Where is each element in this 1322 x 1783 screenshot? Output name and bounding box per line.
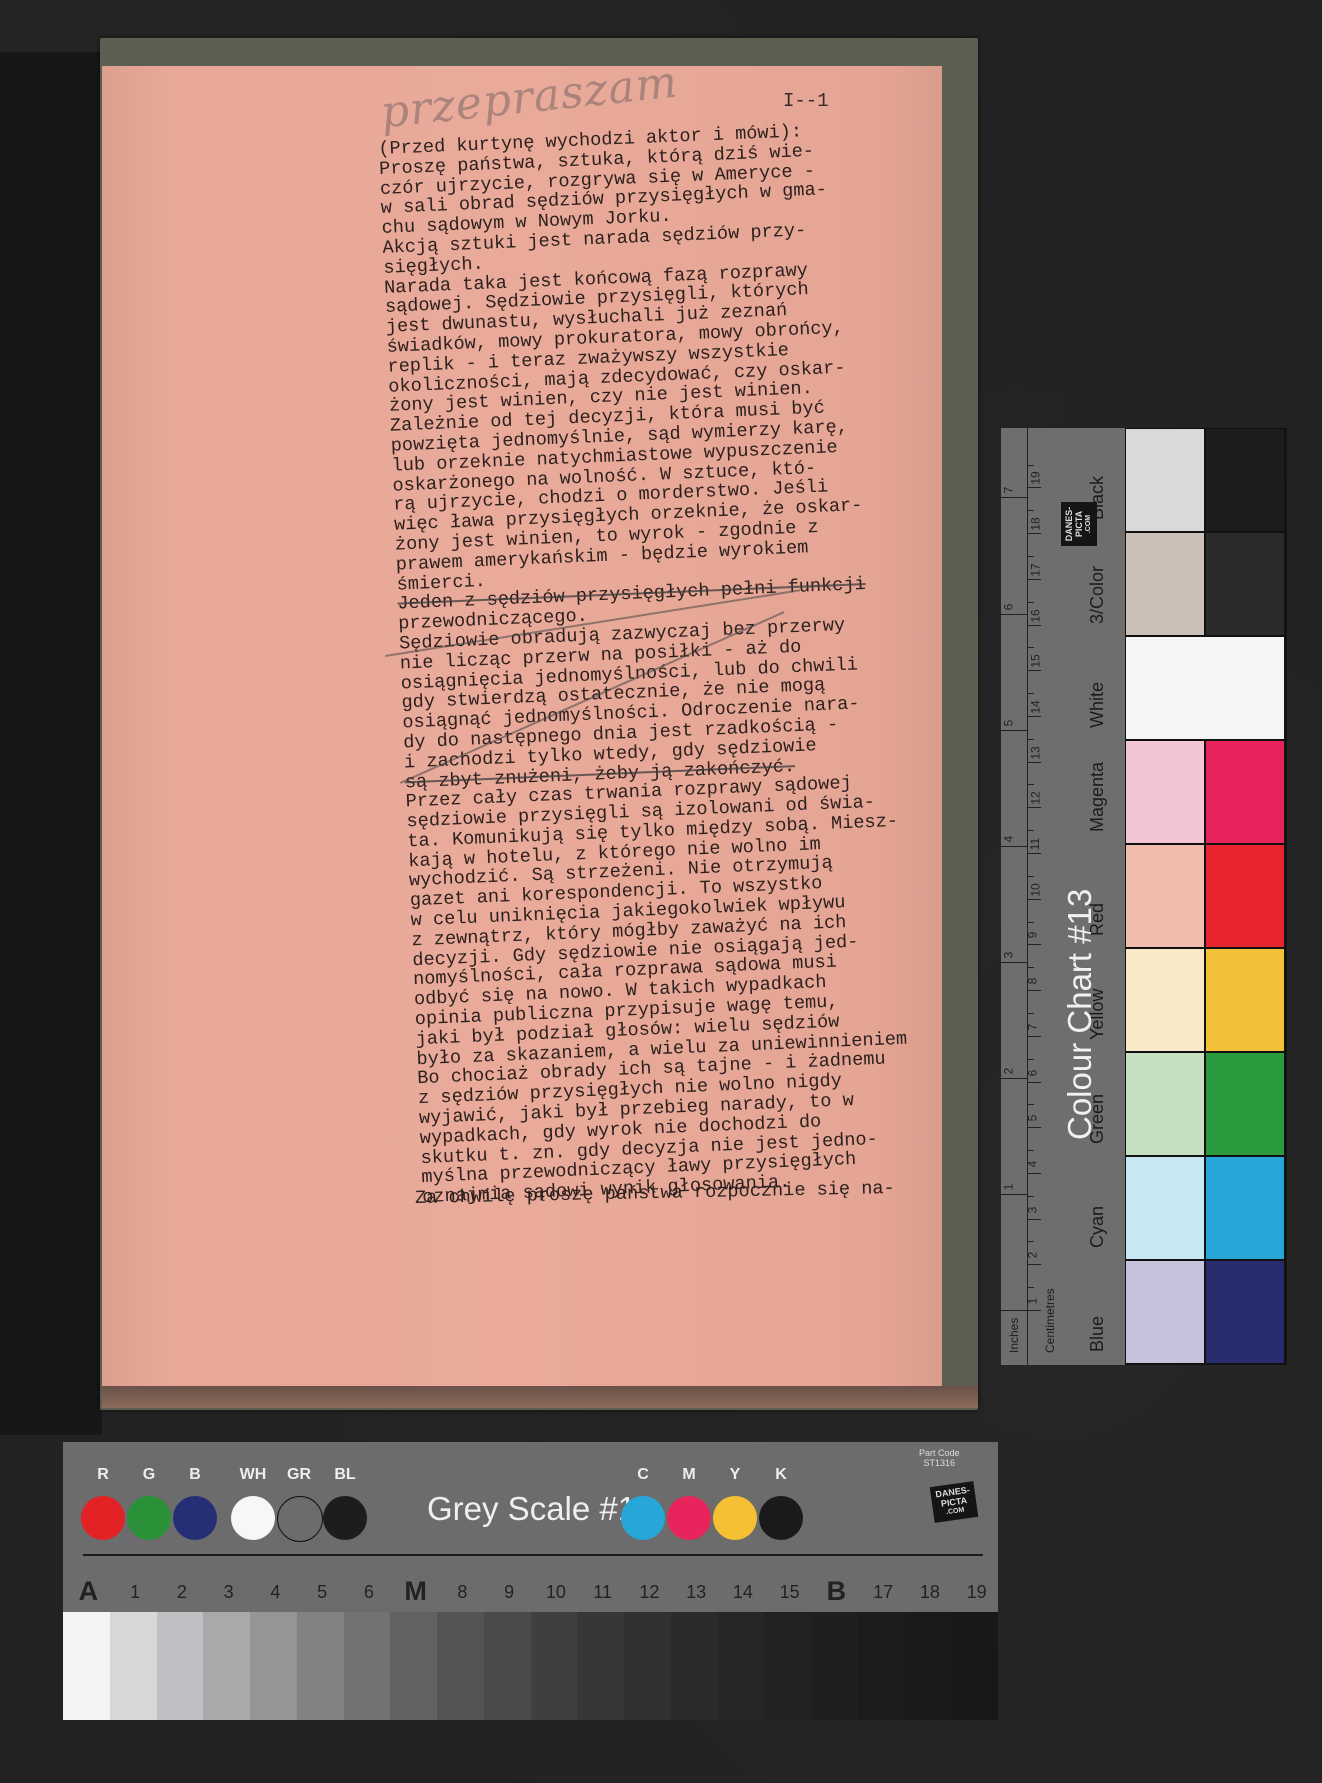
cm-half-tick (1027, 1104, 1034, 1105)
inch-number: 3 (1001, 951, 1015, 958)
cm-number: 18 (1029, 517, 1043, 530)
cm-half-tick (1027, 830, 1034, 831)
cm-number: 12 (1029, 792, 1043, 805)
cm-half-tick (1027, 602, 1034, 603)
grey-patch (344, 1612, 391, 1720)
dot-label: BL (323, 1466, 367, 1484)
cm-tick (1027, 1082, 1041, 1083)
typescript-body: (Przed kurtynę wychodzi aktor i mówi):Pr… (378, 117, 982, 1209)
cm-half-tick (1027, 693, 1034, 694)
grey-patch (811, 1612, 858, 1720)
swatch-yellow-light (1125, 948, 1205, 1052)
color-dot-b (173, 1496, 217, 1540)
color-dot-wh (231, 1496, 275, 1540)
cm-half-tick (1027, 1059, 1034, 1060)
scale-label: 14 (733, 1582, 753, 1603)
dot-label: Y (713, 1466, 757, 1484)
inch-tick (1001, 614, 1027, 615)
swatch-3-color-dark (1205, 532, 1285, 636)
grey-patch (250, 1612, 297, 1720)
cm-tick (1027, 762, 1041, 763)
cm-tick (1027, 487, 1041, 488)
swatch-3-color-light (1125, 532, 1205, 636)
scale-label: 19 (967, 1582, 987, 1603)
swatch-label: 3/Color (1087, 566, 1108, 624)
cm-number: 13 (1029, 746, 1043, 759)
color-dot-gr (277, 1496, 323, 1542)
grey-patch (624, 1612, 671, 1720)
part-code: Part Code ST1316 (919, 1448, 960, 1468)
dot-label: C (621, 1466, 665, 1484)
swatch-green-dark (1205, 1052, 1285, 1156)
cm-half-tick (1027, 1241, 1034, 1242)
swatch-black-light (1125, 428, 1205, 532)
cm-half-tick (1027, 922, 1034, 923)
grey-patch (484, 1612, 531, 1720)
color-dot-g (127, 1496, 171, 1540)
cm-tick (1027, 853, 1041, 854)
scale-label: M (404, 1576, 427, 1607)
cm-half-tick (1027, 739, 1034, 740)
dot-label: GR (277, 1466, 321, 1484)
cm-tick (1027, 579, 1041, 580)
book-spine-strip (0, 52, 102, 1435)
scale-label: B (827, 1576, 847, 1607)
grey-patch (110, 1612, 157, 1720)
scale-label: 17 (873, 1582, 893, 1603)
scale-label: 6 (364, 1582, 374, 1603)
dot-label: WH (231, 1466, 275, 1484)
cm-tick (1027, 1264, 1041, 1265)
color-dot-bl (323, 1496, 367, 1540)
cm-tick (1027, 807, 1041, 808)
swatch-label: Cyan (1087, 1206, 1108, 1248)
cm-tick (1027, 625, 1041, 626)
grey-patch (951, 1612, 998, 1720)
cm-number: 16 (1029, 609, 1043, 622)
cm-half-tick (1027, 510, 1034, 511)
grey-patch (390, 1612, 437, 1720)
inch-tick (1001, 1194, 1027, 1195)
cm-half-tick (1027, 1150, 1034, 1151)
cm-tick (1027, 1173, 1041, 1174)
scale-label: 2 (177, 1582, 187, 1603)
brand-domain: .COM (1084, 506, 1094, 542)
scale-label: 18 (920, 1582, 940, 1603)
color-dot-r (81, 1496, 125, 1540)
swatch-magenta-light (1125, 740, 1205, 844)
cm-half-tick (1027, 1013, 1034, 1014)
grey-patch (671, 1612, 718, 1720)
part-code-label: Part Code (919, 1448, 960, 1458)
danes-picta-logo: DANES-PICTA .COM (930, 1481, 979, 1523)
inch-tick (1001, 1078, 1027, 1079)
divider-line (83, 1554, 983, 1556)
inch-number: 8 (1001, 371, 1015, 378)
colour-chart: Black3/ColorWhiteMagentaRedYellowGreenCy… (1001, 428, 1287, 1365)
cm-half-tick (1027, 1287, 1034, 1288)
color-dot-y (713, 1496, 757, 1540)
grey-patch (718, 1612, 765, 1720)
scale-label: A (79, 1576, 99, 1607)
cm-number: 17 (1029, 563, 1043, 576)
cm-number: 15 (1029, 655, 1043, 668)
ruler-edge (1027, 428, 1028, 1365)
part-code-value: ST1316 (919, 1458, 960, 1468)
swatch-label: Magenta (1087, 762, 1108, 832)
cm-half-tick (1027, 876, 1034, 877)
cm-half-tick (1027, 1196, 1034, 1197)
cm-half-tick (1027, 967, 1034, 968)
swatch-cyan-light (1125, 1156, 1205, 1260)
cm-half-tick (1027, 556, 1034, 557)
grey-patch (297, 1612, 344, 1720)
brand-name: DANES-PICTA (1064, 506, 1084, 542)
grey-patch (531, 1612, 578, 1720)
danes-picta-logo: DANES-PICTA.COM (1061, 502, 1097, 546)
inch-number: 7 (1001, 487, 1015, 494)
cm-number: 19 (1029, 472, 1043, 485)
swatch-cyan-dark (1205, 1156, 1285, 1260)
grey-scale-labels: A123456M89101112131415B171819 (63, 1576, 998, 1606)
inch-number: 4 (1001, 835, 1015, 842)
scale-label: 8 (457, 1582, 467, 1603)
cm-tick (1027, 1219, 1041, 1220)
grey-patch (437, 1612, 484, 1720)
dot-label: M (667, 1466, 711, 1484)
inch-number: 5 (1001, 719, 1015, 726)
inch-tick (1001, 962, 1027, 963)
swatch-red-dark (1205, 844, 1285, 948)
inch-number: 1 (1001, 1184, 1015, 1191)
swatch-green-light (1125, 1052, 1205, 1156)
cm-half-tick (1027, 465, 1034, 466)
inch-tick (1001, 497, 1027, 498)
page-stack-edge (102, 1386, 978, 1408)
color-dot-m (667, 1496, 711, 1540)
dot-label: K (759, 1466, 803, 1484)
grey-scale-patches (63, 1612, 998, 1720)
swatch-label: Blue (1087, 1316, 1108, 1352)
colour-chart-ruler: Black3/ColorWhiteMagentaRedYellowGreenCy… (1001, 428, 1125, 1365)
cm-number: 14 (1029, 700, 1043, 713)
grey-patch (157, 1612, 204, 1720)
cm-tick (1027, 670, 1041, 671)
scale-label: 3 (224, 1582, 234, 1603)
grey-patch (63, 1612, 110, 1720)
colour-chart-swatches (1125, 428, 1285, 1365)
swatch-magenta-dark (1205, 740, 1285, 844)
cm-tick (1027, 899, 1041, 900)
cm-number: 11 (1028, 838, 1042, 850)
swatch-white (1125, 636, 1285, 740)
inch-number: 6 (1001, 603, 1015, 610)
grey-patch (764, 1612, 811, 1720)
scale-label: 10 (546, 1582, 566, 1603)
scale-label: 12 (639, 1582, 659, 1603)
swatch-blue-dark (1205, 1260, 1285, 1364)
scale-label: 13 (686, 1582, 706, 1603)
grey-patch (858, 1612, 905, 1720)
cm-tick (1027, 716, 1041, 717)
inch-tick (1001, 1310, 1027, 1311)
swatch-red-light (1125, 844, 1205, 948)
swatch-black-dark (1205, 428, 1285, 532)
inch-tick (1001, 730, 1027, 731)
scale-label: 9 (504, 1582, 514, 1603)
cm-tick (1027, 944, 1041, 945)
cm-tick (1027, 990, 1041, 991)
grey-patch (577, 1612, 624, 1720)
color-dot-k (759, 1496, 803, 1540)
scale-label: 4 (270, 1582, 280, 1603)
centimetres-label: Centimetres (1043, 1288, 1057, 1353)
grey-patch (203, 1612, 250, 1720)
scale-label: 11 (593, 1582, 612, 1603)
cm-tick (1027, 1310, 1041, 1311)
grey-scale-card: Grey Scale #13 Part Code ST1316 DANES-PI… (63, 1442, 998, 1720)
cm-half-tick (1027, 784, 1034, 785)
swatch-yellow-dark (1205, 948, 1285, 1052)
swatch-label: White (1087, 682, 1108, 728)
scale-label: 1 (130, 1582, 140, 1603)
dot-label: R (81, 1466, 125, 1484)
colour-chart-title: Colour Chart #13 (1061, 889, 1099, 1140)
cm-tick (1027, 1127, 1041, 1128)
cm-tick (1027, 1036, 1041, 1037)
grey-scale-title: Grey Scale #13 (427, 1490, 654, 1528)
inches-label: Inches (1007, 1318, 1021, 1353)
dot-label: B (173, 1466, 217, 1484)
cm-number: 10 (1029, 883, 1043, 896)
cm-tick (1027, 533, 1041, 534)
inch-tick (1001, 846, 1027, 847)
grey-scale-header: Grey Scale #13 Part Code ST1316 DANES-PI… (63, 1442, 998, 1612)
scale-label: 5 (317, 1582, 327, 1603)
grey-patch (905, 1612, 952, 1720)
dot-label: G (127, 1466, 171, 1484)
inch-number: 2 (1001, 1068, 1015, 1075)
color-dot-c (621, 1496, 665, 1540)
cm-half-tick (1027, 647, 1034, 648)
page-number: I--1 (783, 90, 829, 112)
swatch-blue-light (1125, 1260, 1205, 1364)
scale-label: 15 (780, 1582, 800, 1603)
